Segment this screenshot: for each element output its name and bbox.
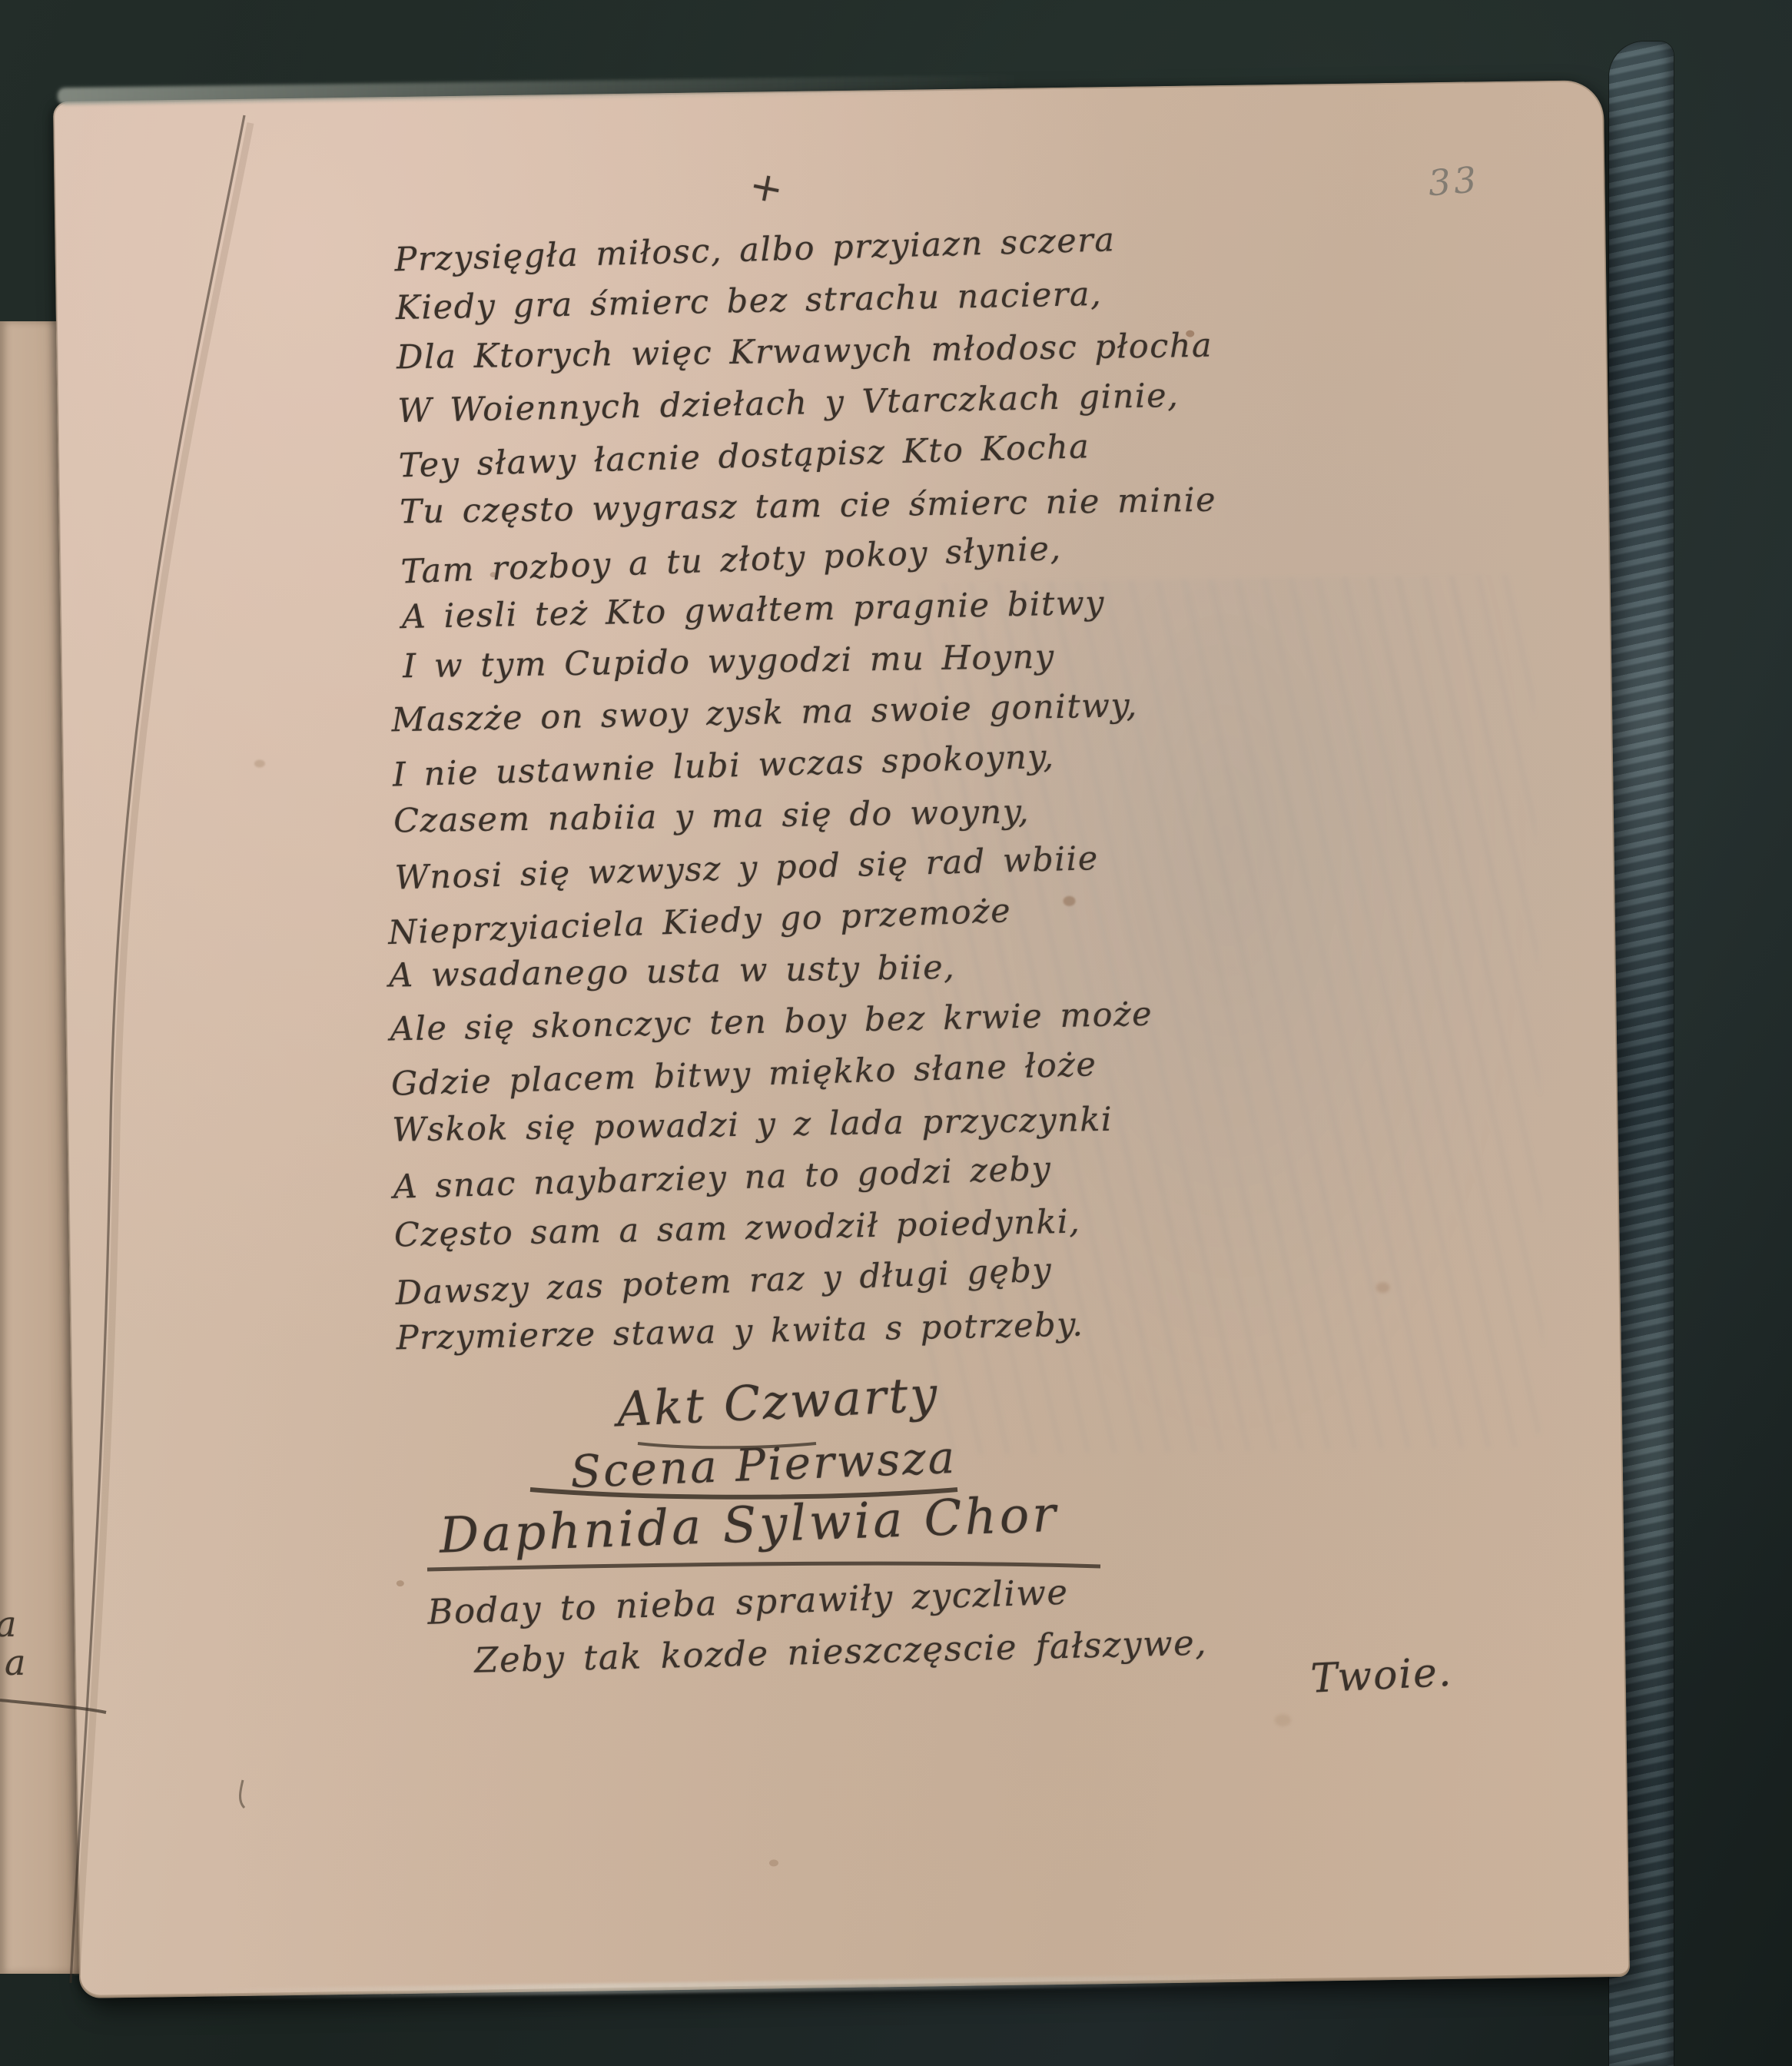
marginalia-fragment: a: [5, 1642, 25, 1683]
dialogue-catchword: Twoie.: [1309, 1649, 1453, 1702]
paper-fleck: [397, 1580, 404, 1586]
dialogue-line: Zeby tak kozde nieszczęscie fałszywe,: [474, 1622, 1208, 1680]
poem-block: Przysięgła miłosc, albo przyiazn sczeraK…: [374, 215, 1233, 1365]
dialogue-line: Boday to nieba sprawiły zyczliwe: [427, 1572, 1070, 1633]
marginalia-fragment: a: [0, 1603, 16, 1645]
cross-annotation: +: [745, 162, 787, 214]
paper-fleck: [254, 759, 265, 767]
page-number: 33: [1426, 158, 1481, 204]
paper-fleck: [769, 1859, 778, 1866]
manuscript-page: + 33 Przysięgła miłosc, albo przyiazn sc…: [53, 80, 1630, 1998]
paper-fleck: [1274, 1714, 1291, 1726]
manuscript-scan: + 33 Przysięgła miłosc, albo przyiazn sc…: [0, 0, 1792, 2066]
